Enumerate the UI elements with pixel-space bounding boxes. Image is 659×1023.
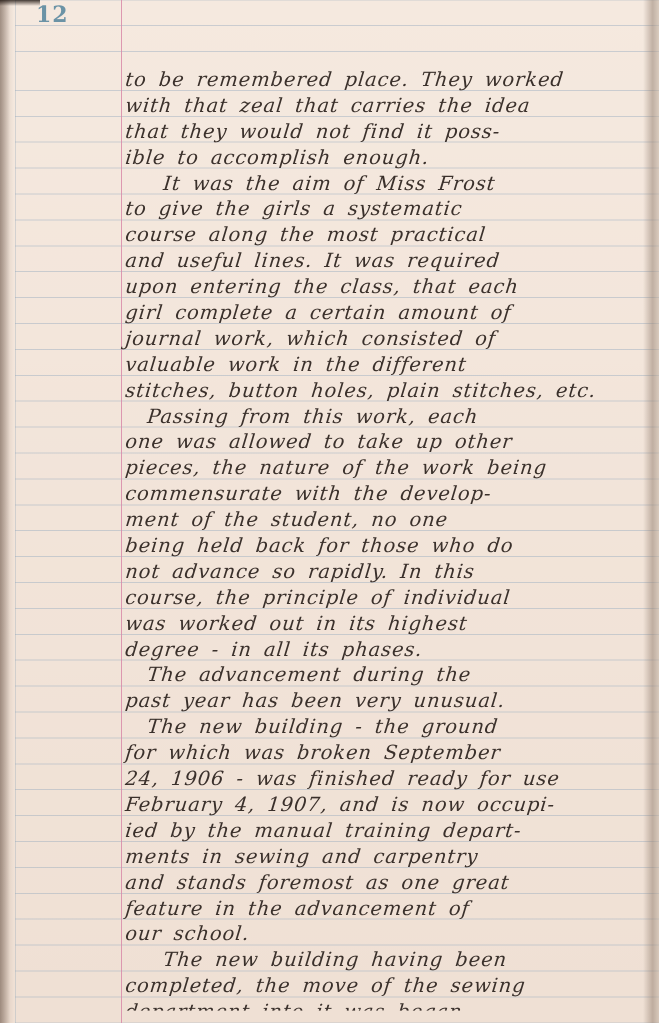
handwritten-line: to give the girls a systematic [124, 196, 659, 222]
handwritten-line: course along the most practical [124, 222, 659, 248]
handwritten-line: with that zeal that carries the idea [124, 93, 659, 119]
handwritten-line: for which was broken September [124, 740, 659, 766]
handwritten-line: our school. [124, 921, 659, 947]
handwritten-line: valuable work in the different [124, 352, 659, 378]
handwritten-line: ible to accomplish enough. [124, 145, 659, 171]
handwritten-line: degree - in all its phases. [124, 637, 659, 663]
handwritten-line: 24, 1906 - was finished ready for use [124, 766, 659, 792]
handwritten-line: pieces, the nature of the work being [124, 455, 659, 481]
handwritten-line: upon entering the class, that each [124, 274, 659, 300]
handwritten-line: The new building having been [124, 947, 659, 973]
handwritten-line: was worked out in its highest [124, 611, 659, 637]
handwritten-line: Passing from this work, each [124, 404, 659, 430]
handwritten-line: that they would not find it poss- [124, 119, 659, 145]
red-margin-line [121, 0, 122, 1023]
handwritten-line: It was the aim of Miss Frost [124, 171, 659, 197]
page-top-edge [0, 0, 40, 6]
handwritten-line: course, the principle of individual [124, 585, 659, 611]
page-number: 12 [36, 2, 69, 28]
handwritten-line: past year has been very unusual. [124, 688, 659, 714]
left-rule-line [15, 0, 16, 1023]
handwritten-line: ied by the manual training depart- [124, 818, 659, 844]
handwritten-line: feature in the advancement of [124, 896, 659, 922]
handwritten-line: being held back for those who do [124, 533, 659, 559]
handwritten-line: ments in sewing and carpentry [124, 844, 659, 870]
handwritten-line: department into it was began [124, 999, 659, 1023]
handwritten-line: February 4, 1907, and is now occupi- [124, 792, 659, 818]
handwritten-line: and useful lines. It was required [124, 248, 659, 274]
handwritten-line: and stands foremost as one great [124, 870, 659, 896]
handwritten-line: commensurate with the develop- [124, 481, 659, 507]
notebook-page: 12 to be remembered place. They workedwi… [0, 0, 659, 1023]
handwritten-line: The advancement during the [124, 662, 659, 688]
handwritten-line: stitches, button holes, plain stitches, … [124, 378, 659, 404]
handwritten-line: ment of the student, no one [124, 507, 659, 533]
handwritten-line: completed, the move of the sewing [124, 973, 659, 999]
handwritten-line: The new building - the ground [124, 714, 659, 740]
binding-shadow [0, 0, 10, 1023]
handwritten-text: to be remembered place. They workedwith … [124, 67, 659, 1023]
handwritten-line: not advance so rapidly. In this [124, 559, 659, 585]
handwritten-line: girl complete a certain amount of [124, 300, 659, 326]
handwritten-line: one was allowed to take up other [124, 429, 659, 455]
handwritten-line: journal work, which consisted of [124, 326, 659, 352]
handwritten-line: to be remembered place. They worked [124, 67, 659, 93]
